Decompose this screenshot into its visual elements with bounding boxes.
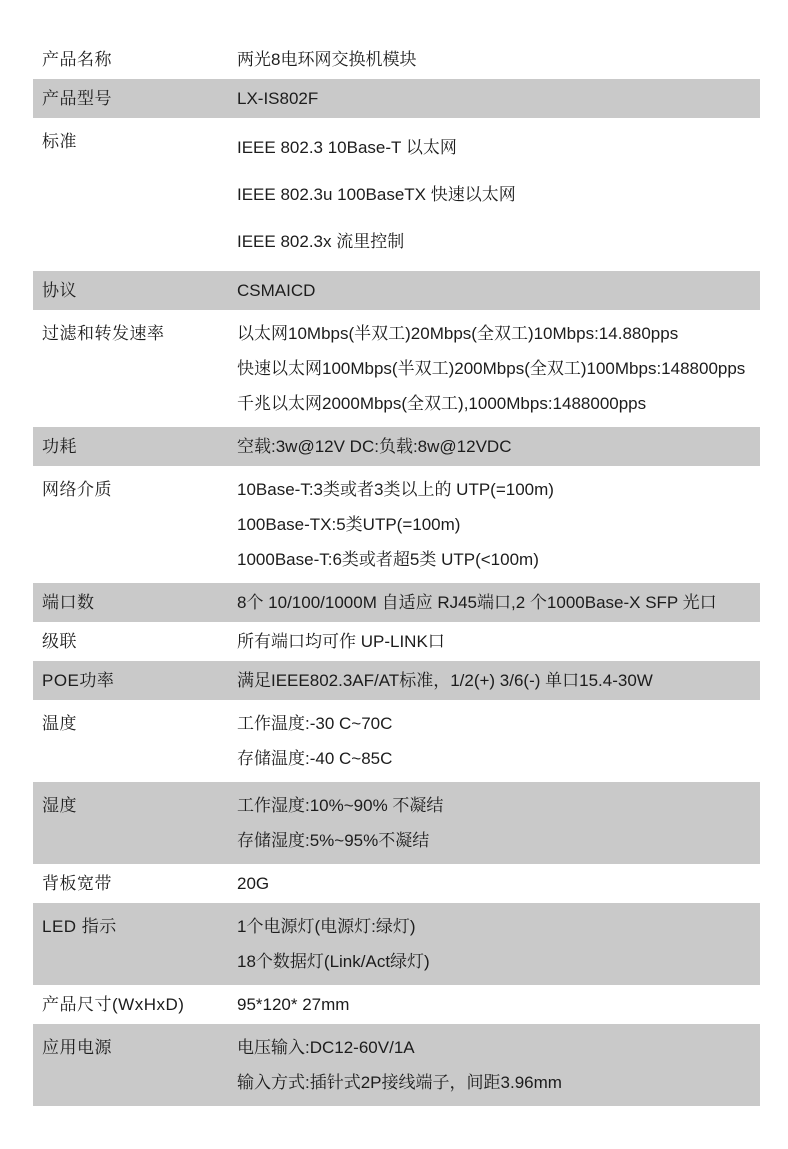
- spec-value-line: 工作温度:-30 C~70C: [237, 706, 760, 741]
- spec-row: 功耗 空载:3w@12V DC:负载:8w@12VDC: [33, 427, 760, 466]
- spec-value: 95*120* 27mm: [237, 987, 760, 1022]
- spec-value: CSMAICD: [237, 273, 760, 308]
- spec-value-line: 空载:3w@12V DC:负载:8w@12VDC: [237, 429, 760, 464]
- spec-label: 级联: [42, 624, 237, 659]
- spec-table: 产品名称 两光8电环网交换机模块 产品型号 LX-IS802F 标准 IEEE …: [33, 40, 760, 1106]
- spec-row: 产品名称 两光8电环网交换机模块: [33, 40, 760, 79]
- spec-value: 工作温度:-30 C~70C存储温度:-40 C~85C: [237, 706, 760, 776]
- spec-row: 应用电源 电压输入:DC12-60V/1A输入方式:插针式2P接线端子，间距3.…: [33, 1024, 760, 1106]
- spec-value-line: 输入方式:插针式2P接线端子，间距3.96mm: [237, 1065, 760, 1100]
- spec-label: 网络介质: [42, 472, 237, 507]
- spec-value: 10Base-T:3类或者3类以上的 UTP(=100m)100Base-TX:…: [237, 472, 760, 577]
- spec-value-line: 千兆以太网2000Mbps(全双工),1000Mbps:1488000pps: [237, 386, 760, 421]
- spec-value: 两光8电环网交换机模块: [237, 42, 760, 77]
- spec-value-line: 10Base-T:3类或者3类以上的 UTP(=100m): [237, 472, 760, 507]
- spec-value-line: 8个 10/100/1000M 自适应 RJ45端口,2 个1000Base-X…: [237, 585, 760, 620]
- spec-value-line: 存储湿度:5%~95%不凝结: [237, 823, 760, 858]
- spec-label: 协议: [42, 273, 237, 308]
- spec-value-line: 1000Base-T:6类或者超5类 UTP(<100m): [237, 542, 760, 577]
- spec-value: LX-IS802F: [237, 81, 760, 116]
- spec-value-line: 电压输入:DC12-60V/1A: [237, 1030, 760, 1065]
- spec-value: 1个电源灯(电源灯:绿灯)18个数据灯(Link/Act绿灯): [237, 909, 760, 979]
- spec-label: 产品名称: [42, 42, 237, 77]
- spec-value: 所有端口均可作 UP-LINK口: [237, 624, 760, 659]
- spec-row: 背板宽带 20G: [33, 864, 760, 903]
- spec-row: 过滤和转发速率 以太网10Mbps(半双工)20Mbps(全双工)10Mbps:…: [33, 310, 760, 427]
- spec-value: 20G: [237, 866, 760, 901]
- spec-value-line: LX-IS802F: [237, 81, 760, 116]
- spec-value-line: 1个电源灯(电源灯:绿灯): [237, 909, 760, 944]
- spec-label: 湿度: [42, 788, 237, 823]
- spec-value-line: 快速以太网100Mbps(半双工)200Mbps(全双工)100Mbps:148…: [237, 351, 760, 386]
- spec-value: 8个 10/100/1000M 自适应 RJ45端口,2 个1000Base-X…: [237, 585, 760, 620]
- spec-value-line: 20G: [237, 866, 760, 901]
- spec-label: 温度: [42, 706, 237, 741]
- spec-row: 产品尺寸(WxHxD) 95*120* 27mm: [33, 985, 760, 1024]
- spec-label: 端口数: [42, 585, 237, 620]
- spec-row: 级联 所有端口均可作 UP-LINK口: [33, 622, 760, 661]
- spec-value-line: 两光8电环网交换机模块: [237, 42, 760, 77]
- spec-value-line: 所有端口均可作 UP-LINK口: [237, 624, 760, 659]
- spec-value: 电压输入:DC12-60V/1A输入方式:插针式2P接线端子，间距3.96mm: [237, 1030, 760, 1100]
- spec-value: 空载:3w@12V DC:负载:8w@12VDC: [237, 429, 760, 464]
- spec-value-line: 100Base-TX:5类UTP(=100m): [237, 507, 760, 542]
- spec-value-line: 满足IEEE802.3AF/AT标准，1/2(+) 3/6(-) 单口15.4-…: [237, 663, 760, 698]
- spec-row: 温度 工作温度:-30 C~70C存储温度:-40 C~85C: [33, 700, 760, 782]
- spec-value-line: 18个数据灯(Link/Act绿灯): [237, 944, 760, 979]
- spec-row: LED 指示 1个电源灯(电源灯:绿灯)18个数据灯(Link/Act绿灯): [33, 903, 760, 985]
- spec-label: 功耗: [42, 429, 237, 464]
- spec-row: 网络介质 10Base-T:3类或者3类以上的 UTP(=100m)100Bas…: [33, 466, 760, 583]
- spec-label: 标准: [42, 124, 237, 159]
- spec-value-line: 以太网10Mbps(半双工)20Mbps(全双工)10Mbps:14.880pp…: [237, 316, 760, 351]
- spec-value-line: CSMAICD: [237, 273, 760, 308]
- spec-row: POE功率 满足IEEE802.3AF/AT标准，1/2(+) 3/6(-) 单…: [33, 661, 760, 700]
- spec-value: 满足IEEE802.3AF/AT标准，1/2(+) 3/6(-) 单口15.4-…: [237, 663, 760, 698]
- spec-row: 湿度 工作湿度:10%~90% 不凝结存储湿度:5%~95%不凝结: [33, 782, 760, 864]
- spec-label: LED 指示: [42, 909, 237, 944]
- spec-value-line: IEEE 802.3 10Base-T 以太网: [237, 124, 760, 171]
- spec-label: POE功率: [42, 663, 237, 698]
- spec-value-line: 95*120* 27mm: [237, 987, 760, 1022]
- spec-row: 产品型号 LX-IS802F: [33, 79, 760, 118]
- spec-label: 产品型号: [42, 81, 237, 116]
- spec-value: 以太网10Mbps(半双工)20Mbps(全双工)10Mbps:14.880pp…: [237, 316, 760, 421]
- spec-label: 背板宽带: [42, 866, 237, 901]
- spec-row: 端口数 8个 10/100/1000M 自适应 RJ45端口,2 个1000Ba…: [33, 583, 760, 622]
- spec-value-line: IEEE 802.3u 100BaseTX 快速以太网: [237, 171, 760, 218]
- spec-value: IEEE 802.3 10Base-T 以太网IEEE 802.3u 100Ba…: [237, 124, 760, 265]
- spec-value-line: 存储温度:-40 C~85C: [237, 741, 760, 776]
- spec-value-line: 工作湿度:10%~90% 不凝结: [237, 788, 760, 823]
- spec-row: 协议 CSMAICD: [33, 271, 760, 310]
- spec-value-line: IEEE 802.3x 流里控制: [237, 218, 760, 265]
- spec-value: 工作湿度:10%~90% 不凝结存储湿度:5%~95%不凝结: [237, 788, 760, 858]
- spec-label: 应用电源: [42, 1030, 237, 1065]
- spec-row: 标准 IEEE 802.3 10Base-T 以太网IEEE 802.3u 10…: [33, 118, 760, 271]
- spec-label: 产品尺寸(WxHxD): [42, 987, 237, 1022]
- spec-label: 过滤和转发速率: [42, 316, 237, 351]
